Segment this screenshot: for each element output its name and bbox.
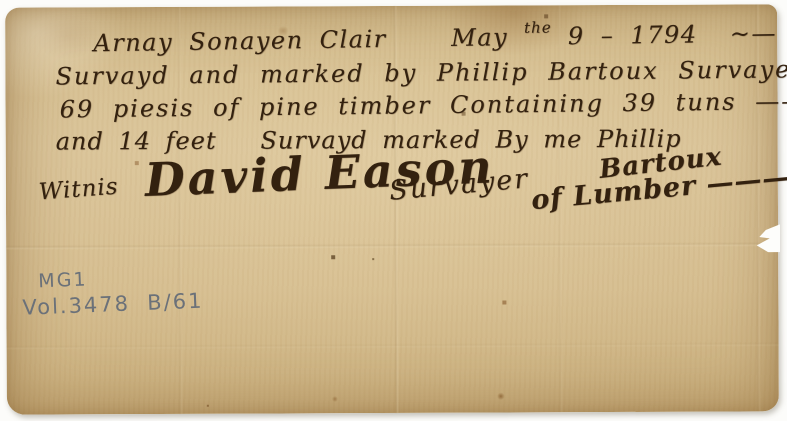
archival-reference-mg1: MG1 [38,268,88,292]
line1-opening-text: Arnay Sonayen Clair May [93,23,524,57]
manuscript-paper: Arnay Sonayen Clair May the 9 – 1794 ~— … [5,4,779,414]
manuscript-line-2: Survayd and marked by Phillip Bartoux Su… [55,55,787,90]
fold-crease-horizontal [7,342,779,349]
line1-superscript-the: the [524,19,552,37]
archival-reference-volume: Vol.3478 B/61 [22,289,204,320]
document-scan: Arnay Sonayen Clair May the 9 – 1794 ~— … [0,0,787,421]
witness-label: Witnis [38,174,120,206]
manuscript-line-3: 69 piesis of pine timber Containing 39 t… [59,87,787,123]
fold-crease-horizontal [6,242,778,249]
ink-specks [5,8,7,10]
line1-date-text: 9 – 1794 ~— — [552,19,787,51]
manuscript-line-1: Arnay Sonayen Clair May the 9 – 1794 ~— … [93,19,787,58]
